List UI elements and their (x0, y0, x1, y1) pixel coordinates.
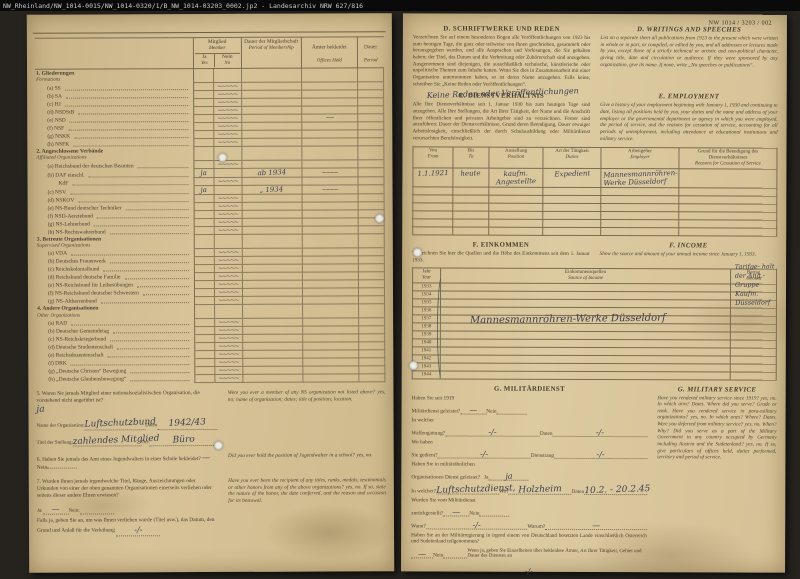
g-a7: -/- (473, 520, 481, 529)
g-q1b: Militärdienst geleistet? (412, 408, 461, 414)
ja-mark: ja (200, 169, 207, 177)
quellen-header: EinkommensquellenSource of Income (441, 267, 731, 283)
nein-scribble: ~~~~~ (218, 343, 238, 350)
window-title: NW_Rheinland/NW_1014-0015/NW_1014-0320/1… (3, 2, 363, 10)
q7-nein-label: Nein: (69, 508, 80, 515)
section-f-intro: F. EINKOMMEN Verzeichnen Sie hier die Qu… (412, 242, 777, 266)
q5-title-line: Titel der Stellung: zahlendes Mitglied O… (37, 434, 218, 447)
g-a9: — (418, 549, 426, 558)
nein-scribble: ~~~~~ (218, 195, 238, 202)
section-g: G. MILITÄRDIENST Haben Sie seit 1919 Mil… (411, 385, 777, 579)
q6-nein-label: Nein (37, 464, 48, 470)
nein-scribble: ~~~~~ (218, 297, 238, 304)
arbeitgeber-header: ArbeitgeberEmployer (601, 148, 679, 169)
employment-row: 1.1.1921 heute kaufm. Angestellte Expedi… (413, 168, 777, 188)
nein-scribble: ~~~~~ (219, 367, 239, 374)
g-a5c: 10.2. - 20.2.45 (584, 484, 650, 496)
q7-text-de: 7. Wurden Ihnen jemals irgendwelche Tite… (37, 478, 212, 499)
emp-arbeitgeber: Mannesmannröhren- Werke Düsseldorf (603, 169, 678, 187)
section-f-title-en: F. INCOME (600, 242, 778, 250)
punch-hole (409, 361, 418, 370)
section-f-title-de: F. EINKOMMEN (412, 242, 590, 250)
income-year: 1934 (412, 290, 440, 298)
ja-mark: ja (200, 186, 207, 194)
punch-hole (218, 153, 227, 162)
q5-titel-label: Titel der Stellung: (37, 440, 73, 447)
q6-answer: — (202, 453, 210, 462)
q5-answer-yes: ja (36, 404, 45, 416)
income-year: 1933 (413, 282, 441, 290)
employment-empty-row (413, 227, 777, 236)
income-year: 1941 (412, 346, 440, 354)
question-6: 6. Haben Sie jemals das Amt eines Jugend… (37, 452, 386, 471)
g-q6a: Wurden Sie vom Militärdienst (411, 497, 475, 503)
org-row: (h) „Deutsche Glaubensbewegung“ ~~~~~ (36, 374, 385, 384)
nein-scribble: ~~~~~ (217, 123, 237, 130)
g-a3: -/- (480, 449, 488, 458)
g-a6: — (452, 507, 460, 516)
nein-scribble: ~~~~~ (218, 327, 238, 334)
section-d-text-en: List on a separate sheet all publication… (600, 35, 778, 69)
g-a1: — (469, 405, 477, 414)
g-a5: Luftschutzdienst, (436, 483, 515, 495)
offices-scribble: ~~~~ (322, 169, 338, 176)
section-e-title-en: E. EMPLOYMENT (600, 93, 778, 101)
section-d-german: D. SCHRIFTWERKE UND REDEN Verzeichnen Si… (413, 25, 591, 88)
anstellung-header: AnstellungPosition (489, 147, 543, 168)
nein-scribble: ~~~~~ (218, 249, 238, 256)
g-q3-rang: Dienstrang (531, 452, 554, 458)
member-header: Mitglied Member JaYes NeinNo (193, 37, 241, 68)
nein-scribble: ~~~~~ (217, 99, 237, 106)
question-7-german: 7. Wurden Ihnen jemals irgendwelche Tite… (37, 478, 219, 537)
section-f-german: F. EINKOMMEN Verzeichnen Sie hier die Qu… (412, 242, 590, 265)
nein-scribble: ~~~~~ (217, 107, 237, 114)
punch-hole (375, 214, 384, 223)
section-d-title-en: D. WRITINGS AND SPEECHES (600, 26, 778, 34)
g-a5b: Holzheim (518, 484, 562, 495)
nein-scribble: ~~~~~ (218, 289, 238, 296)
income-header-row: JahrYear EinkommensquellenSource of Inco… (413, 267, 777, 283)
punch-hole (214, 441, 223, 450)
g-q4a: Haben Sie in militärähnlichen (411, 461, 474, 467)
section-g-title-en: G. MILITARY SERVICE (657, 386, 776, 393)
question-7-english: Have you ever been the recipient of any … (228, 477, 386, 536)
emp-von: 1.1.1921 (417, 169, 448, 178)
period-header: Dauer Period (357, 37, 383, 68)
g-a4: ja (505, 471, 513, 480)
question-5: 5. Waren Sie jemals Mitglied einer natio… (36, 389, 385, 447)
g-q2-daten: Daten (540, 430, 553, 436)
g-q3b: Sie gedient? (411, 452, 437, 458)
section-e: E. DIENSTVERHÄLTNIS Alle Ihre Dienstverh… (413, 93, 778, 143)
nein-scribble: ~~~~~ (218, 139, 238, 146)
nein-scribble: ~~~~~ (218, 281, 238, 288)
q5-org-label: Name der Organisation: (37, 424, 85, 431)
nein-scribble: ~~~~~ (218, 319, 238, 326)
q7-answer: — (51, 504, 59, 513)
nein-scribble: ~~~~~ (218, 203, 238, 210)
offices-header: Ämter bekleidet Offices Held (301, 37, 357, 68)
duration-entry: „ 1934 (260, 185, 284, 194)
g-q4b: Organisationen Dienst geleistet? (411, 474, 480, 480)
income-amount-answer: Tarifge- halt der Ang.- Gruppe Kaufm. Dü… (735, 262, 778, 307)
question-5-german: 5. Waren Sie jemals Mitglied einer natio… (36, 390, 218, 447)
grund-header: Grund für die Beendigung des Dienstverhä… (679, 148, 777, 169)
nein-scribble: ~~~~~ (218, 265, 238, 272)
nein-scribble: ~~~~~ (218, 161, 238, 168)
section-f-text-de: Verzeichnen Sie hier die Quellen und die… (412, 251, 590, 265)
taetigkeit-header: Art der TätigkeitDuties (543, 148, 601, 169)
g-q7a: Wann? (411, 523, 426, 529)
q7-answer2: -/- (134, 525, 142, 534)
section-g-text-en: Have you rendered military service since… (657, 395, 776, 462)
nein-scribble: ~~~~~ (218, 351, 238, 358)
nein-scribble: ~~~~~ (218, 227, 238, 234)
question-6-german: 6. Haben Sie jemals das Amt eines Jugend… (37, 453, 218, 471)
section-e-english: E. EMPLOYMENT Give a history of your emp… (600, 93, 778, 143)
section-g-title-de: G. MILITÄRDIENST (412, 385, 648, 393)
section-f-text-en: Show the source and amount of your annua… (600, 251, 778, 258)
nein-scribble: ~~~~~ (218, 359, 238, 366)
emp-taetigkeit: Expedient (554, 170, 590, 179)
g-q2a: In welcher (412, 417, 435, 423)
section-e-german: E. DIENSTVERHÄLTNIS Alle Ihre Dienstverh… (413, 93, 591, 143)
punch-hole (413, 248, 422, 257)
section-d-english: D. WRITINGS AND SPEECHES List on a separ… (600, 26, 778, 89)
section-g-english: G. MILITARY SERVICE Have you rendered mi… (657, 386, 777, 579)
g-a9b: -/- (525, 567, 533, 576)
g-q6b: zurückgestellt? (411, 510, 443, 516)
g-a3b: -/- (597, 450, 605, 459)
scan-background: Mitglied Member JaYes NeinNo Dauer der M… (0, 11, 800, 579)
nein-scribble: ~~~~~ (218, 273, 238, 280)
section-header-row: 4. Andere OrganisationenOther Organizati… (36, 304, 385, 319)
g-q2b: Waffengattung? (412, 430, 446, 436)
g-q3a: Wo haben (411, 439, 432, 445)
duration-entry: ab 1934 (257, 168, 286, 177)
duration-header: Dauer der Mitgliedschaft Period of Membe… (241, 37, 301, 68)
left-page: Mitglied Member JaYes NeinNo Dauer der M… (27, 13, 394, 573)
ja-header: JaYes (195, 54, 215, 67)
membership-table: Mitglied Member JaYes NeinNo Dauer der M… (35, 36, 386, 383)
window-title-bar: NW_Rheinland/NW_1014-0015/NW_1014-0320/1… (0, 0, 800, 11)
g-a2b: -/- (596, 428, 604, 437)
income-table-wrap: JahrYear EinkommensquellenSource of Inco… (412, 267, 777, 380)
q6-text-de: 6. Haben Sie jemals das Amt eines Jugend… (37, 456, 201, 463)
offices-scribble: ~~ (326, 115, 334, 122)
nein-scribble: ~~~~~ (218, 178, 238, 185)
section-header-row: 2. Angeschlossene VerbändeAffiliated Org… (35, 146, 384, 161)
von-header: VonFrom (413, 147, 453, 168)
question-5-english: Were you ever a member of any NS organiz… (228, 389, 386, 446)
right-page: NW 1014 / 3203 / 002 D. SCHRIFTWERKE UND… (401, 13, 787, 572)
section-d-text-de: Verzeichnen Sie auf einem besonderen Bog… (413, 34, 591, 88)
q5-daten-answer: 1942/43 (169, 417, 207, 430)
nein-scribble: ~~~~~ (219, 375, 239, 382)
section-e-text-en: Give a history of your employment beginn… (600, 102, 778, 143)
bis-header: BisTo (453, 147, 489, 168)
g-q9: Wenn ja, geben Sie Einzelheiten über bek… (467, 548, 646, 559)
section-d: D. SCHRIFTWERKE UND REDEN Verzeichnen Si… (413, 25, 778, 89)
emp-anstellung: kaufm. Angestellte (491, 169, 540, 187)
g-q5-daten: Daten (572, 488, 585, 494)
g-q9-nein: Nein (433, 552, 443, 558)
q5-text-de: 5. Waren Sie jemals Mitglied einer natio… (36, 390, 199, 404)
question-7: 7. Wurden Ihnen jemals irgendwelche Tite… (37, 477, 386, 536)
question-6-english: Did you ever hold the position of Jugend… (228, 452, 386, 470)
nein-scribble: ~~~~~ (217, 115, 237, 122)
nein-scribble: ~~~~~ (218, 219, 238, 226)
section-header-row: 1. GliederungenFormations (35, 68, 384, 84)
employment-header-row: VonFrom BisTo AnstellungPosition Art der… (413, 147, 777, 169)
g-q8: Haben Sie an der Militärregierung in irg… (411, 532, 647, 546)
g-a7b: — (592, 520, 600, 529)
section-header-row: 3. Betreute OrganisationenSupervised Org… (36, 234, 385, 249)
section-g-german: G. MILITÄRDIENST Haben Sie seit 1919 Mil… (411, 385, 647, 579)
income-year: 1935 (412, 298, 440, 306)
g-q1a: Haben Sie seit 1919 (412, 395, 455, 401)
jahr-header: JahrYear (413, 267, 441, 282)
offices-scribble: ~~~~ (322, 186, 338, 193)
g-q7b: Warum? (527, 523, 545, 529)
g-q6-nein: Nein (469, 510, 479, 516)
nein-scribble: ~~~~~ (217, 91, 237, 98)
nein-scribble: ~~~~~ (218, 211, 238, 218)
nein-scribble: ~~~~~ (218, 335, 238, 342)
emp-bis: heute (461, 169, 481, 178)
membership-header-row: Mitglied Member JaYes NeinNo Dauer der M… (35, 37, 384, 69)
income-answer: Mannesmannröhren-Werke Düsseldorf (470, 312, 666, 326)
nein-scribble: ~~~~~ (218, 257, 238, 264)
q5-ort-answer: Büro (172, 434, 195, 447)
top-rule (33, 31, 386, 34)
g-q1-nein: Nein (486, 408, 496, 414)
section-e-text-de: Alle Ihre Dienstverhältnisse seit 1. Jan… (413, 102, 591, 143)
g-q5a: In welcher? (411, 488, 436, 494)
org-name-header (35, 38, 193, 70)
employment-table: VonFrom BisTo AnstellungPosition Art der… (412, 147, 777, 237)
income-year-row: 1944 (412, 370, 776, 379)
q5-org-line: Name der Organisation: Luftschutzbund Da… (37, 417, 218, 430)
nein-scribble: ~~~~~ (217, 83, 237, 90)
g-a2: -/- (488, 427, 496, 436)
nein-header: NeinNo (215, 54, 240, 67)
nein-scribble: ~~~~~ (217, 131, 237, 138)
income-year: 1944 (412, 370, 440, 378)
section-d-title-de: D. SCHRIFTWERKE UND REDEN (413, 25, 591, 33)
